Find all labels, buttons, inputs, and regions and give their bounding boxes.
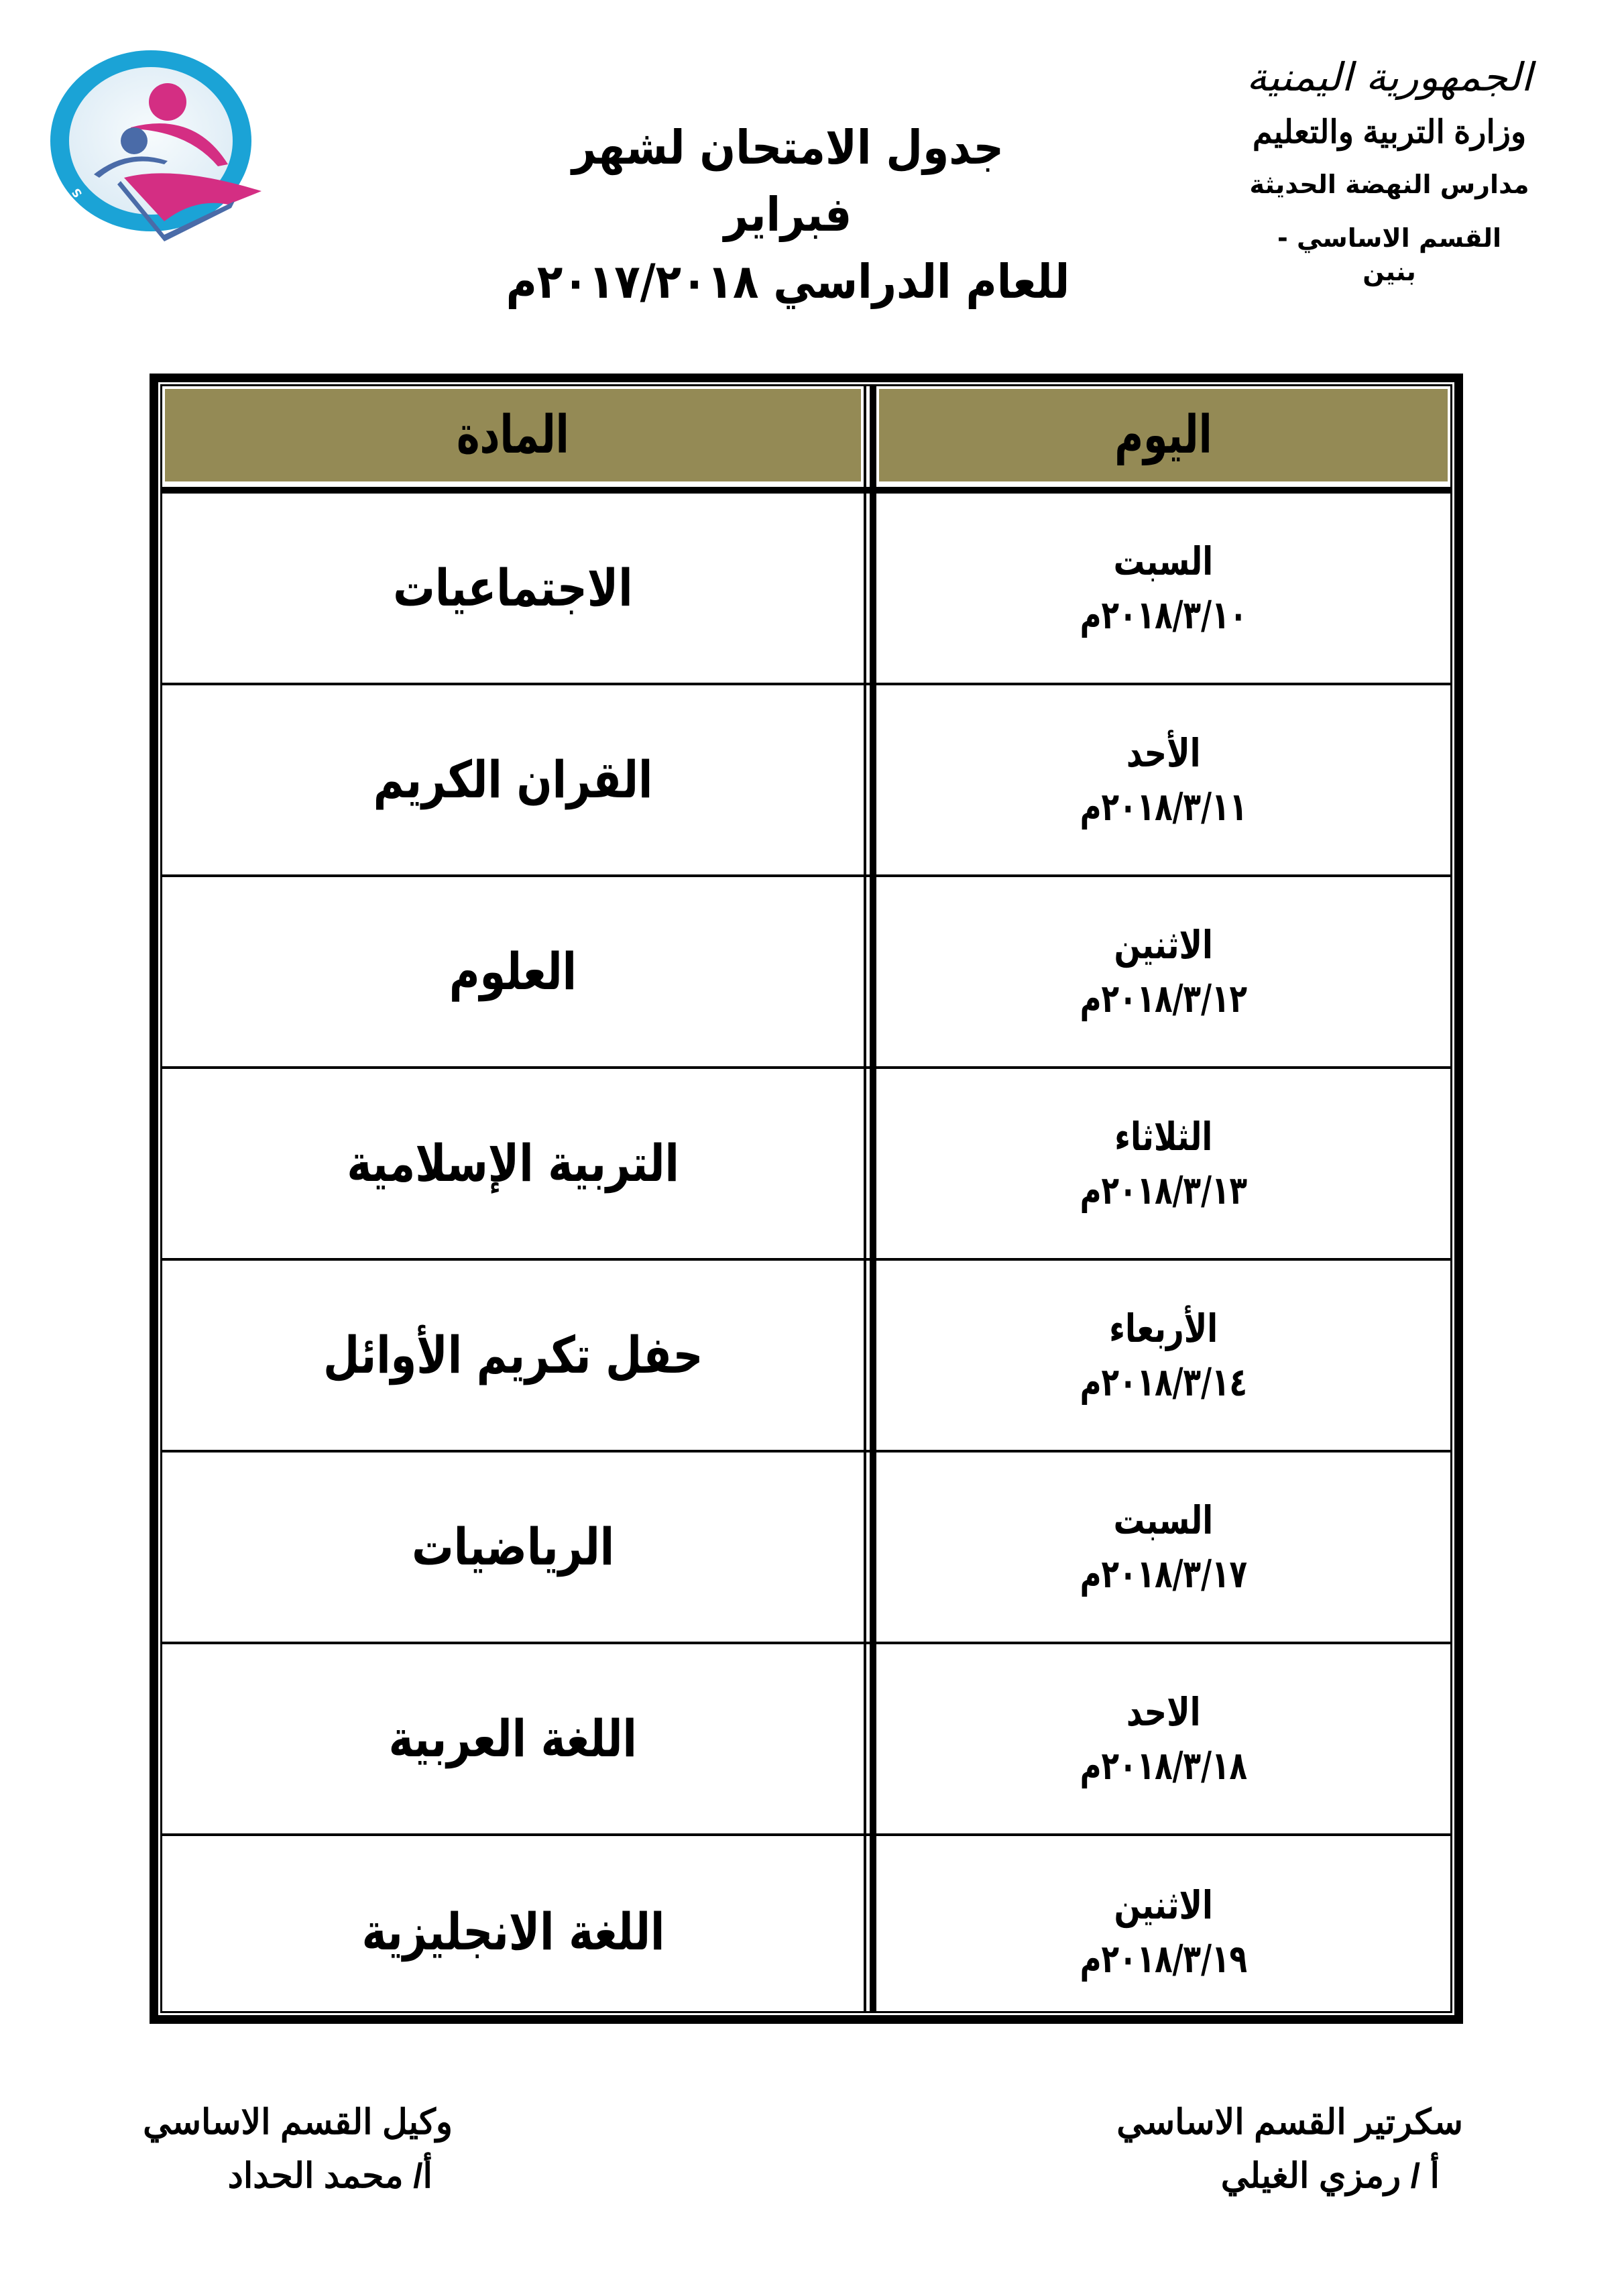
header-day: اليوم (879, 389, 1448, 481)
subject-text: حفل تكريم الأوائل (323, 1330, 703, 1381)
table-header-row: المادة اليوم (162, 386, 1450, 487)
subject-text: القران الكريم (373, 754, 653, 805)
day-cell: الاثنين ٢٠١٨/٣/١٩م (876, 1836, 1450, 2028)
day-cell: السبت ٢٠١٨/٣/١٧م (876, 1452, 1450, 1642)
republic-calligraphy: الجمهورية اليمنية (1242, 47, 1538, 107)
section-name: القسم الاساسي - بنين (1249, 221, 1530, 288)
school-logo: AL-NAHDHAH MODERN SCHOOLS (40, 47, 268, 241)
subject-text: اللغة العربية (389, 1713, 637, 1764)
day-name: السبت (1114, 1496, 1214, 1545)
subject-cell: العلوم (162, 877, 864, 1066)
day-name: الاثنين (1114, 921, 1213, 970)
day-name: الاثنين (1114, 1881, 1213, 1930)
day-name: الثلاثاء (1114, 1113, 1212, 1161)
subject-text: الرياضيات (412, 1522, 614, 1573)
table-row: الاجتماعيات السبت ٢٠١٨/٣/١٠م (162, 494, 1450, 685)
day-name: الأربعاء (1109, 1304, 1218, 1353)
secretary-name: أ / رمزي الغيلي (1116, 2149, 1463, 2203)
secretary-title: سكرتير القسم الاساسي (1116, 2096, 1463, 2149)
day-date: ٢٠١٨/٣/١٤م (1080, 1358, 1247, 1407)
subject-text: الاجتماعيات (393, 563, 632, 614)
title-line-2: للعام الدراسي ٢٠١٧/٢٠١٨م (502, 248, 1075, 315)
day-cell: الاثنين ٢٠١٨/٣/١٢م (876, 877, 1450, 1066)
day-cell: الاحد ٢٠١٨/٣/١٨م (876, 1644, 1450, 1833)
government-header: الجمهورية اليمنية وزارة التربية والتعليم… (1249, 47, 1530, 288)
day-cell: الأحد ٢٠١٨/٣/١١م (876, 685, 1450, 874)
school-logo-icon: AL-NAHDHAH MODERN SCHOOLS (40, 47, 268, 241)
table-row: حفل تكريم الأوائل الأربعاء ٢٠١٨/٣/١٤م (162, 1261, 1450, 1452)
subject-text: العلوم (449, 946, 577, 997)
school-name: مدارس النهضة الحديثة (1249, 168, 1530, 201)
exam-schedule-table: المادة اليوم الاجتماعيات السبت ٢٠١٨/٣/١٠… (150, 374, 1463, 2024)
subject-cell: حفل تكريم الأوائل (162, 1261, 864, 1450)
deputy-name: أ/ محمد الحداد (117, 2149, 453, 2203)
day-date: ٢٠١٨/٣/١١م (1080, 783, 1247, 832)
table-row: اللغة العربية الاحد ٢٠١٨/٣/١٨م (162, 1644, 1450, 1836)
day-cell: الثلاثاء ٢٠١٨/٣/١٣م (876, 1069, 1450, 1258)
table-body: الاجتماعيات السبت ٢٠١٨/٣/١٠م القران الكر… (162, 494, 1450, 2011)
subject-cell: الاجتماعيات (162, 494, 864, 683)
header-day-label: اليوم (1114, 405, 1212, 465)
day-date: ٢٠١٨/٣/١٢م (1080, 974, 1247, 1023)
subject-cell: التربية الإسلامية (162, 1069, 864, 1258)
deputy-title: وكيل القسم الاساسي (117, 2096, 453, 2149)
title-line-1: جدول الامتحان لشهر فبراير (502, 114, 1075, 248)
subject-cell: اللغة العربية (162, 1644, 864, 1833)
day-date: ٢٠١٨/٣/١٣م (1080, 1166, 1247, 1215)
day-date: ٢٠١٨/٣/١٨م (1080, 1742, 1247, 1790)
table-inner-border: المادة اليوم الاجتماعيات السبت ٢٠١٨/٣/١٠… (160, 384, 1452, 2013)
table-row: التربية الإسلامية الثلاثاء ٢٠١٨/٣/١٣م (162, 1069, 1450, 1261)
deputy-signature: وكيل القسم الاساسي أ/ محمد الحداد (117, 2096, 453, 2203)
subject-cell: اللغة الانجليزية (162, 1836, 864, 2028)
table-row: الرياضيات السبت ٢٠١٨/٣/١٧م (162, 1452, 1450, 1644)
header-divider (162, 487, 1450, 494)
document-title: جدول الامتحان لشهر فبراير للعام الدراسي … (469, 114, 1106, 315)
day-name: السبت (1114, 537, 1214, 586)
table-row: العلوم الاثنين ٢٠١٨/٣/١٢م (162, 877, 1450, 1069)
subject-cell: الرياضيات (162, 1452, 864, 1642)
day-date: ٢٠١٨/٣/١٩م (1080, 1935, 1247, 1984)
header-subject: المادة (165, 389, 861, 481)
day-date: ٢٠١٨/٣/١٧م (1080, 1550, 1247, 1599)
table-row: القران الكريم الأحد ٢٠١٨/٣/١١م (162, 685, 1450, 877)
secretary-signature: سكرتير القسم الاساسي أ / رمزي الغيلي (1116, 2096, 1463, 2203)
ministry-name: وزارة التربية والتعليم (1249, 113, 1530, 153)
subject-text: اللغة الانجليزية (361, 1906, 664, 1957)
day-name: الأحد (1126, 729, 1201, 778)
table-row: اللغة الانجليزية الاثنين ٢٠١٨/٣/١٩م (162, 1836, 1450, 2028)
day-name: الاحد (1126, 1688, 1201, 1737)
day-date: ٢٠١٨/٣/١٠م (1080, 591, 1247, 640)
subject-cell: القران الكريم (162, 685, 864, 874)
day-cell: السبت ٢٠١٨/٣/١٠م (876, 494, 1450, 683)
header-subject-label: المادة (457, 405, 569, 465)
subject-text: التربية الإسلامية (347, 1138, 679, 1189)
day-cell: الأربعاء ٢٠١٨/٣/١٤م (876, 1261, 1450, 1450)
